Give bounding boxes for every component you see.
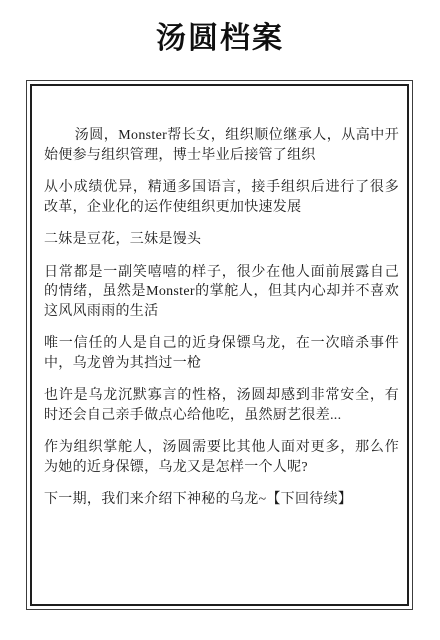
profile-frame: 汤圆，Monster帮长女，组织顺位继承人，从高中开始便参与组织管理，博士毕业后… [26, 80, 413, 610]
paragraph-trust: 也许是乌龙沉默寡言的性格，汤圆却感到非常安全，有时还会自己亲手做点心给他吃，虽然… [44, 386, 399, 425]
paragraph-intro: 汤圆，Monster帮长女，组织顺位继承人，从高中开始便参与组织管理，博士毕业后… [44, 126, 399, 165]
paragraph-sisters: 二妹是豆花，三妹是馒头 [44, 230, 399, 250]
profile-frame-inner: 汤圆，Monster帮长女，组织顺位继承人，从高中开始便参与组织管理，博士毕业后… [30, 84, 409, 606]
paragraph-personality: 日常都是一副笑嘻嘻的样子，很少在他人面前展露自己的情绪，虽然是Monster的掌… [44, 263, 399, 322]
page-title: 汤圆档案 [0, 0, 440, 58]
paragraph-bodyguard: 唯一信任的人是自己的近身保镖乌龙，在一次暗杀事件中，乌龙曾为其挡过一枪 [44, 334, 399, 373]
paragraph-next-issue: 下一期，我们来介绍下神秘的乌龙~【下回待续】 [44, 490, 399, 510]
paragraph-question: 作为组织掌舵人，汤圆需要比其他人面对更多，那么作为她的近身保镖，乌龙又是怎样一个… [44, 438, 399, 477]
paragraph-background: 从小成绩优异，精通多国语言，接手组织后进行了很多改革，企业化的运作使组织更加快速… [44, 178, 399, 217]
